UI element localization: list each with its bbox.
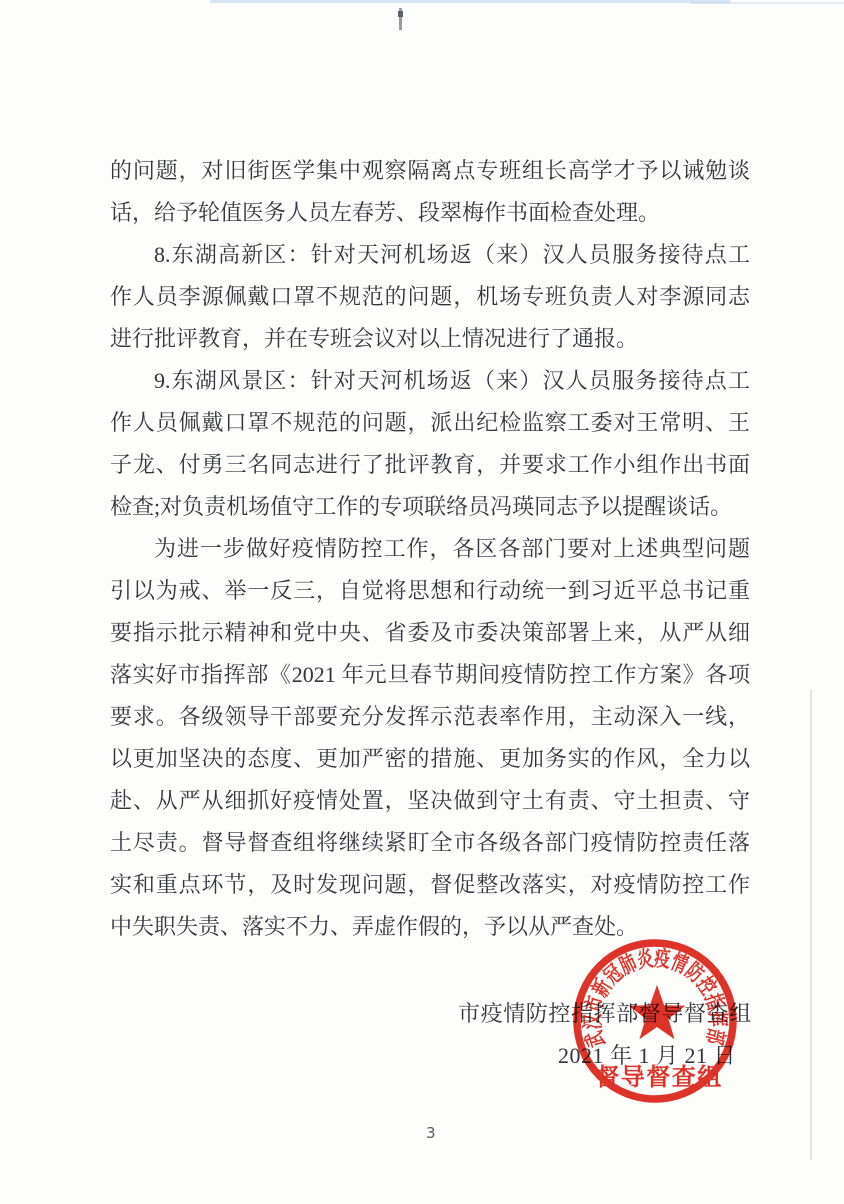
paragraph: 的问题，对旧街医学集中观察隔离点专班组长高学才予以诫勉谈 话，给予轮值医务人员左… bbox=[110, 150, 750, 234]
body-line: 9.东湖风景区：针对天河机场返（来）汉人员服务接待点工 bbox=[110, 360, 750, 402]
document-page: 的问题，对旧街医学集中观察隔离点专班组长高学才予以诫勉谈 话，给予轮值医务人员左… bbox=[0, 0, 844, 1204]
body-line: 作人员李源佩戴口罩不规范的问题，机场专班负责人对李源同志 bbox=[110, 276, 750, 318]
scan-artifact-right-line bbox=[810, 690, 812, 1160]
paragraph: 9.东湖风景区：针对天河机场返（来）汉人员服务接待点工 作人员佩戴口罩不规范的问… bbox=[110, 360, 750, 528]
body-line: 以更加坚决的态度、更加严密的措施、更加务实的作风，全力以 bbox=[110, 738, 750, 780]
paragraph: 8.东湖高新区：针对天河机场返（来）汉人员服务接待点工 作人员李源佩戴口罩不规范… bbox=[110, 234, 750, 360]
scan-artifact-corner-streak bbox=[690, 2, 844, 4]
seal-star-icon bbox=[629, 985, 686, 1039]
body-line: 土尽责。督导督查组将继续紧盯全市各级各部门疫情防控责任落 bbox=[110, 822, 750, 864]
paragraph: 为进一步做好疫情防控工作，各区各部门要对上述典型问题 引以为戒、举一反三，自觉将… bbox=[110, 528, 750, 948]
body-line: 话，给予轮值医务人员左春芳、段翠梅作书面检查处理。 bbox=[110, 192, 750, 234]
body-line: 实和重点环节，及时发现问题，督促整改落实，对疫情防控工作 bbox=[110, 864, 750, 906]
body-line: 子龙、付勇三名同志进行了批评教育，并要求工作小组作出书面 bbox=[110, 444, 750, 486]
body-line: 作人员佩戴口罩不规范的问题，派出纪检监察工委对王常明、王 bbox=[110, 402, 750, 444]
body-line: 检查;对负责机场值守工作的专项联络员冯瑛同志予以提醒谈话。 bbox=[110, 486, 750, 528]
official-seal: 武汉市新冠肺炎疫情防控指挥部 督导督查组 bbox=[535, 901, 775, 1141]
body-line: 要求。各级领导干部要充分发挥示范表率作用，主动深入一线， bbox=[110, 696, 750, 738]
body-line: 为进一步做好疫情防控工作，各区各部门要对上述典型问题 bbox=[110, 528, 750, 570]
body-line: 赴、从严从细抓好疫情处置，坚决做到守土有责、守土担责、守 bbox=[110, 780, 750, 822]
seal-bottom-text: 督导督查组 bbox=[595, 1064, 723, 1091]
scan-artifact-top-dash bbox=[399, 8, 402, 30]
body-line: 的问题，对旧街医学集中观察隔离点专班组长高学才予以诫勉谈 bbox=[110, 150, 750, 192]
body-line: 要指示批示精神和党中央、省委及市委决策部署上来，从严从细 bbox=[110, 612, 750, 654]
body-line: 进行批评教育，并在专班会议对以上情况进行了通报。 bbox=[110, 318, 750, 360]
document-body: 的问题，对旧街医学集中观察隔离点专班组长高学才予以诫勉谈 话，给予轮值医务人员左… bbox=[110, 150, 750, 948]
page-number: 3 bbox=[426, 1124, 436, 1142]
scan-artifact-top-streak bbox=[210, 0, 730, 3]
body-line: 8.东湖高新区：针对天河机场返（来）汉人员服务接待点工 bbox=[110, 234, 750, 276]
body-line: 引以为戒、举一反三，自觉将思想和行动统一到习近平总书记重 bbox=[110, 570, 750, 612]
body-line: 落实好市指挥部《2021 年元旦春节期间疫情防控工作方案》各项 bbox=[110, 654, 750, 696]
